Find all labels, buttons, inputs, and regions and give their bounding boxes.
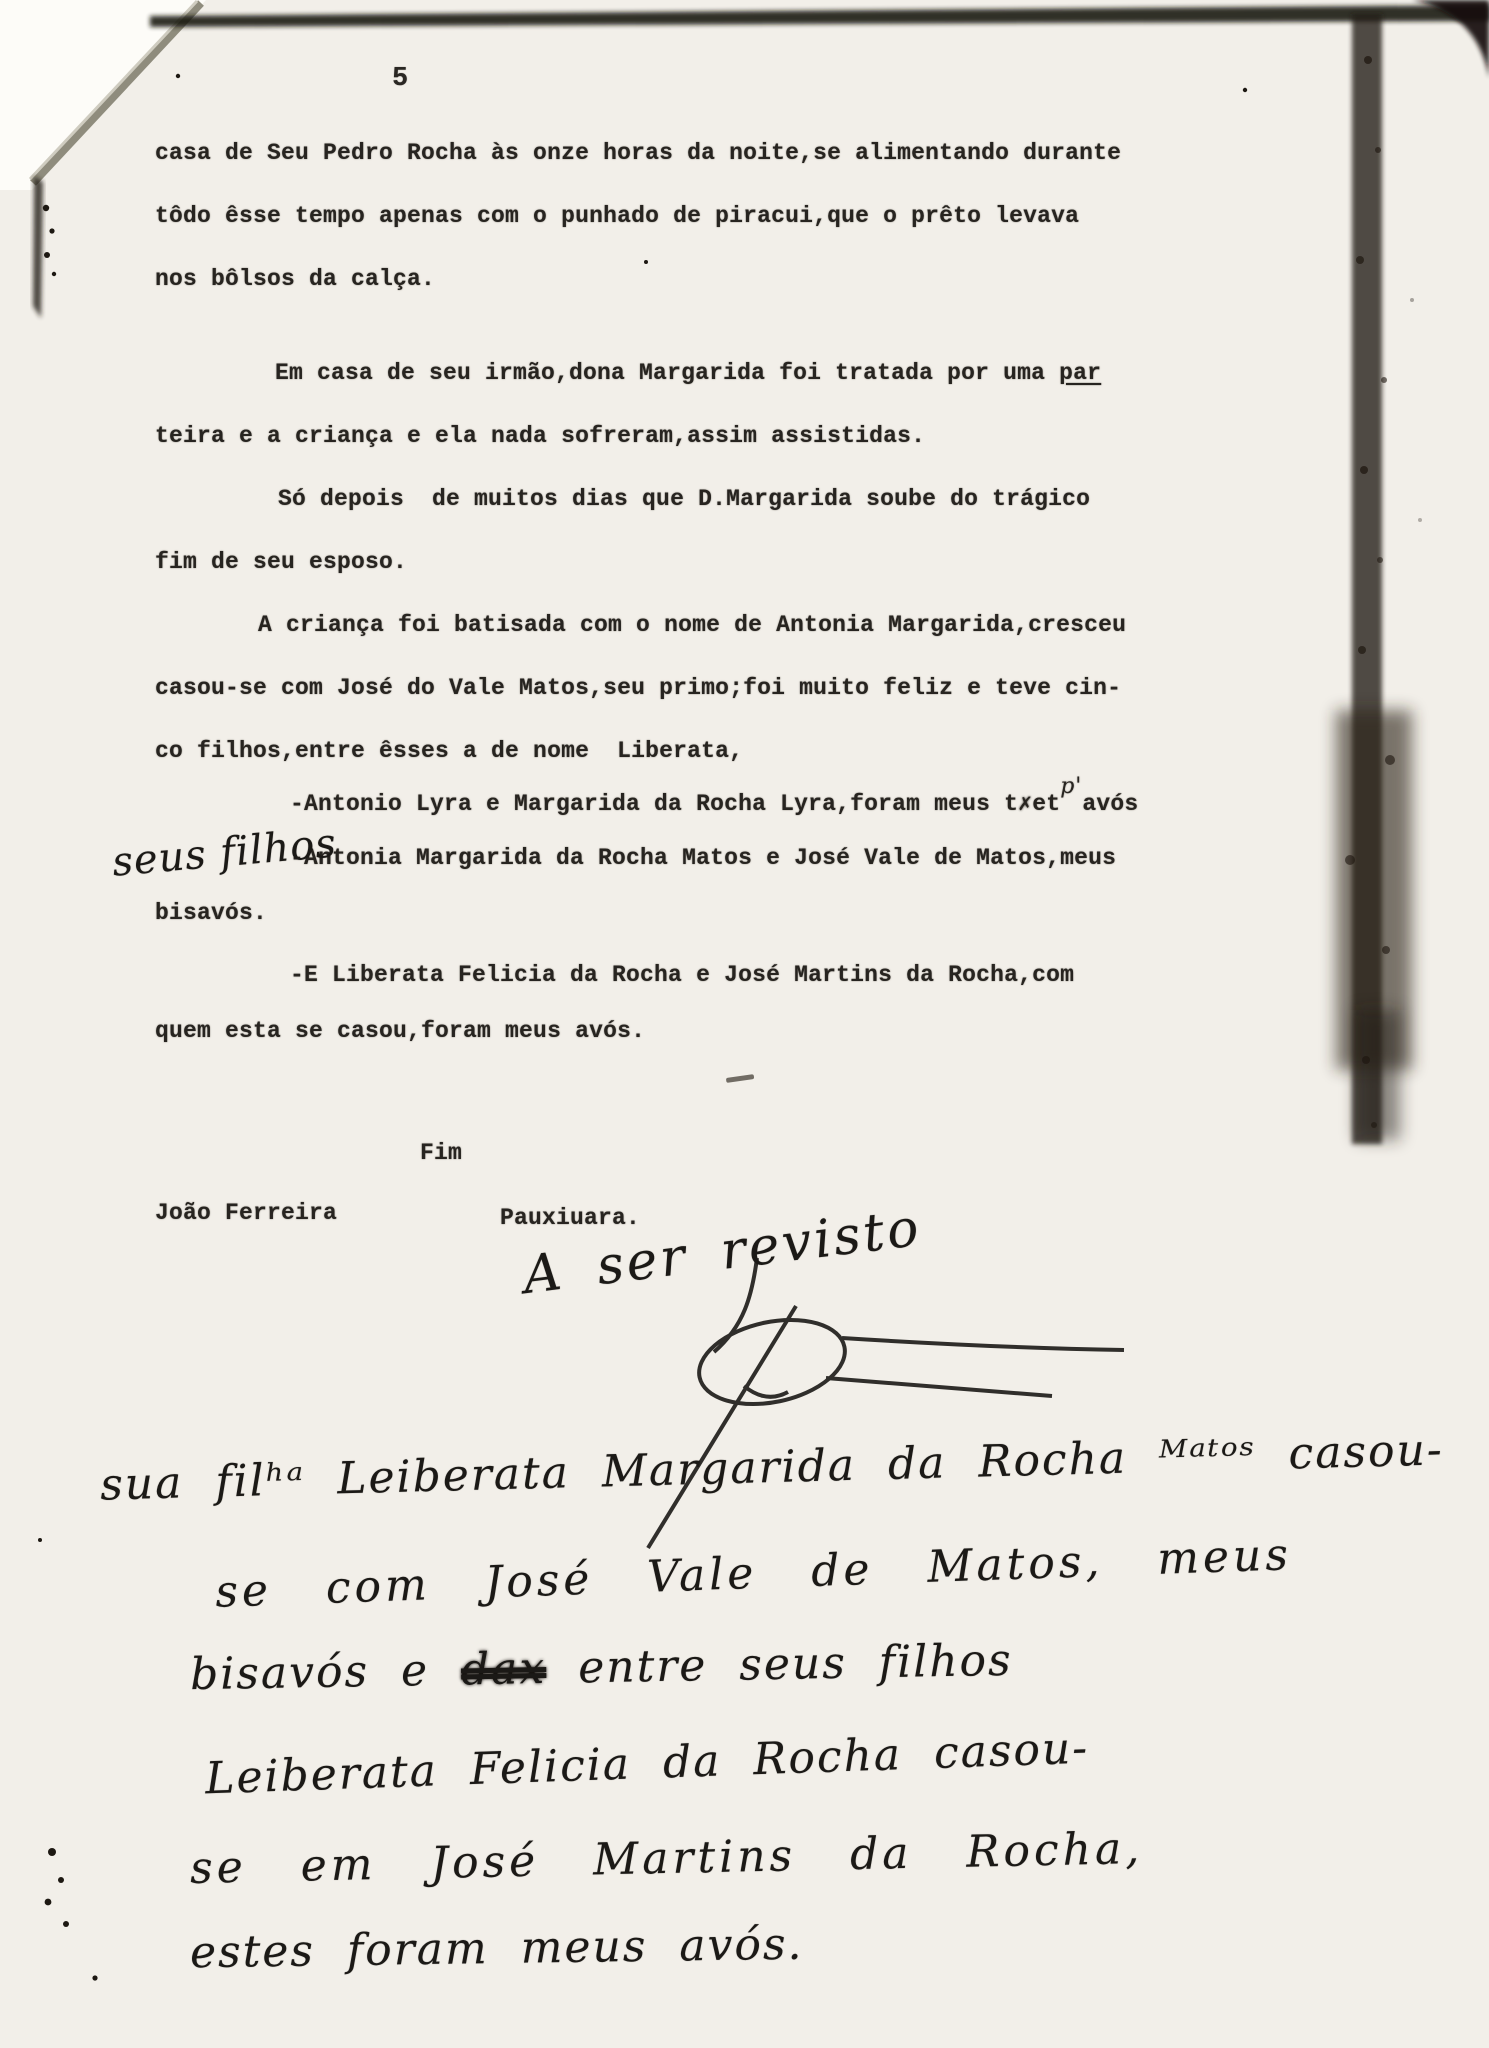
typed-line: co filhos,entre êsses a de nome Liberata… xyxy=(155,738,743,764)
handwritten-line: Leiberata Felicia da Rocha casou- xyxy=(204,1723,1090,1805)
right-edge-tail xyxy=(1356,1010,1400,1140)
top-edge-shadow xyxy=(150,5,1489,27)
handwritten-superscript: p' xyxy=(1060,774,1082,799)
typed-line: fim de seu esposo. xyxy=(155,549,407,575)
typed-line: nos bôlsos da calça. xyxy=(155,266,435,292)
typed-run: Em casa de seu irmão,dona Margarida foi … xyxy=(275,360,1059,386)
left-edge-mark xyxy=(33,176,43,318)
right-edge-band xyxy=(1352,14,1382,1144)
right-edge-blotch xyxy=(1336,710,1412,1070)
typed-line: -E Liberata Felicia da Rocha e José Mart… xyxy=(290,962,1074,988)
handwritten-run: bisavós e xyxy=(190,1644,462,1700)
signature-flourish xyxy=(648,1258,1124,1548)
handwritten-run: entre seus filhos xyxy=(546,1635,1013,1694)
underlined-word: par xyxy=(1059,360,1101,386)
top-right-corner-shadow xyxy=(1412,0,1489,78)
typed-line: tôdo êsse tempo apenas com o punhado de … xyxy=(155,203,1079,229)
margin-note-handwriting: seus filhos xyxy=(110,820,338,885)
place-name: Pauxiuara. xyxy=(500,1205,640,1231)
page-number: 5 xyxy=(392,64,408,94)
left-margin-specks xyxy=(43,205,56,276)
typed-line: Só depois de muitos dias que D.Margarida… xyxy=(278,486,1090,512)
typed-line: Em casa de seu irmão,dona Margarida foi … xyxy=(275,360,1101,386)
typed-line: A criança foi batisada com o nome de Ant… xyxy=(258,612,1126,638)
handwritten-line: bisavós e dax entre seus filhos xyxy=(190,1635,1013,1700)
handwritten-line: se em José Martins da Rocha, xyxy=(190,1823,1144,1894)
typed-line: quem esta se casou,foram meus avós. xyxy=(155,1018,645,1044)
scanned-document-page: 5 casa de Seu Pedro Rocha às onze horas … xyxy=(0,0,1489,2048)
typed-run: et xyxy=(1032,791,1060,817)
typed-line: casa de Seu Pedro Rocha às onze horas da… xyxy=(155,140,1121,166)
typed-line: casou-se com José do Vale Matos,seu prim… xyxy=(155,675,1121,701)
overstrike-correction: ✗ xyxy=(1018,790,1032,817)
scribbled-out-word: dax xyxy=(461,1643,547,1695)
typed-line: teira e a criança e ela nada sofreram,as… xyxy=(155,423,925,449)
handwritten-line: se com José Vale de Matos, meus xyxy=(214,1529,1292,1618)
typed-line: -Antonia Margarida da Rocha Matos e José… xyxy=(290,845,1116,871)
right-band-speckles xyxy=(1345,56,1422,1128)
author-name: João Ferreira xyxy=(155,1200,337,1226)
handwritten-line: estes foram meus avós. xyxy=(190,1919,804,1979)
stray-dash-mark xyxy=(726,1074,754,1083)
typed-run: -Antonio Lyra e Margarida da Rocha Lyra,… xyxy=(290,791,1018,817)
fim-label: Fim xyxy=(420,1140,462,1166)
typed-line: bisavós. xyxy=(155,900,267,926)
typed-run: avós xyxy=(1082,791,1138,817)
handwritten-line: sua filʰᵃ Leiberata Margarida da Rocha ᴹ… xyxy=(100,1424,1445,1510)
typed-line: -Antonio Lyra e Margarida da Rocha Lyra,… xyxy=(290,790,1138,817)
